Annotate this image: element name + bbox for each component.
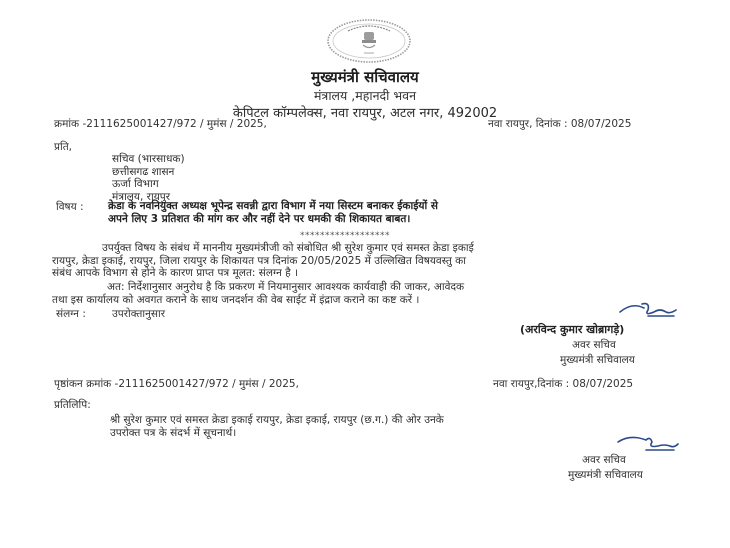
building-name: मंत्रालय ,महानदी भवन	[0, 87, 730, 104]
endorsement-place-date: नवा रायपुर,दिनांक : 08/07/2025	[493, 377, 633, 391]
recipient-line: छत्तीसगढ शासन	[112, 166, 185, 179]
paragraph-line: अत: निर्देशानुसार अनुरोध है कि प्रकरण मे…	[52, 281, 464, 294]
paragraph-line: तथा इस कार्यालय को अवगत कराने के साथ जनद…	[52, 294, 464, 307]
body-paragraph-1: उपर्युक्त विषय के संबंध में माननीय मुख्य…	[52, 242, 474, 280]
recipient-label: प्रति,	[54, 140, 72, 154]
copy-text: श्री सुरेश कुमार एवं समस्त क्रेडा इकाई र…	[110, 414, 444, 439]
reference-place-date: नवा रायपुर, दिनांक : 08/07/2025	[488, 117, 631, 131]
office-name: मुख्यमंत्री सचिवालय	[0, 67, 730, 87]
subject-text: क्रेडा के नवनियुक्त अध्यक्ष भूपेन्द्र सव…	[108, 200, 438, 225]
handwritten-signature-icon	[618, 300, 678, 320]
state-emblem-seal-icon	[326, 18, 412, 64]
paragraph-line: उपर्युक्त विषय के संबंध में माननीय मुख्य…	[52, 242, 474, 255]
subject-line: क्रेडा के नवनियुक्त अध्यक्ष भूपेन्द्र सव…	[108, 200, 438, 213]
endorsement-number: पृष्ठांकन क्रमांक -2111625001427/972 / म…	[54, 377, 299, 391]
section-divider: ******************	[300, 231, 390, 241]
reference-number: क्रमांक -2111625001427/972 / मुमंस / 202…	[54, 117, 267, 131]
subject-label: विषय :	[56, 200, 84, 214]
recipient-line: ऊर्जा विभाग	[112, 178, 185, 191]
signatory-name: (अरविन्द कुमार खोब्रागड़े)	[520, 322, 624, 337]
recipient-line: सचिव (भारसाधक)	[112, 153, 185, 166]
enclosure-value: उपरोक्तानुसार	[112, 307, 165, 321]
signatory-office: मुख्यमंत्री सचिवालय	[560, 353, 635, 367]
paragraph-line: रायपुर, क्रेडा इकाई, रायपुर, जिला रायपुर…	[52, 255, 474, 268]
copy-signatory-office: मुख्यमंत्री सचिवालय	[568, 468, 643, 482]
recipient-block: सचिव (भारसाधक) छत्तीसगढ शासन ऊर्जा विभाग…	[112, 153, 185, 203]
body-paragraph-2: अत: निर्देशानुसार अनुरोध है कि प्रकरण मे…	[52, 281, 464, 306]
copy-line: श्री सुरेश कुमार एवं समस्त क्रेडा इकाई र…	[110, 414, 444, 427]
copy-line: उपरोक्त पत्र के संदर्भ में सूचनार्थ।	[110, 427, 444, 440]
copy-signatory-designation: अवर सचिव	[582, 453, 626, 467]
enclosure-label: संलग्न :	[56, 307, 86, 321]
signatory-designation: अवर सचिव	[572, 338, 616, 352]
copy-label: प्रतिलिपि:	[54, 398, 91, 412]
handwritten-signature-icon	[616, 434, 680, 454]
paragraph-line: संबंध आपके विभाग से होने के कारण प्राप्त…	[52, 267, 474, 280]
subject-line: अपने लिए 3 प्रतिशत की मांग कर और नहीं दे…	[108, 213, 438, 226]
